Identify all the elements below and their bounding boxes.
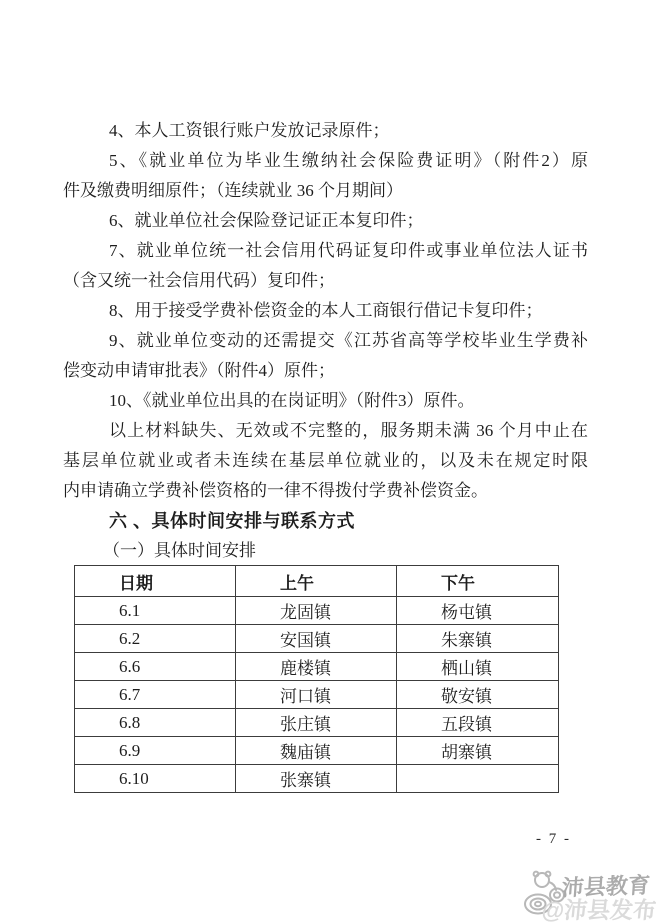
table-cell: 张庄镇 — [236, 709, 397, 737]
table-cell: 敬安镇 — [397, 681, 559, 709]
table-cell: 6.1 — [75, 597, 236, 625]
schedule-table-body: 6.1龙固镇杨屯镇6.2安国镇朱寨镇6.6鹿楼镇栖山镇6.7河口镇敬安镇6.8张… — [75, 597, 559, 793]
table-cell: 6.7 — [75, 681, 236, 709]
table-cell: 6.2 — [75, 625, 236, 653]
table-cell: 6.9 — [75, 737, 236, 765]
table-cell: 安国镇 — [236, 625, 397, 653]
document-body: 4、本人工资银行账户发放记录原件；5、《就业单位为毕业生缴纳社会保险费证明》（附… — [63, 116, 588, 566]
document-line: 7、就业单位统一社会信用代码证复印件或事业单位法人证书 — [63, 236, 588, 266]
document-page: 4、本人工资银行账户发放记录原件；5、《就业单位为毕业生缴纳社会保险费证明》（附… — [0, 0, 656, 924]
table-row: 6.8张庄镇五段镇 — [75, 709, 559, 737]
table-cell — [397, 765, 559, 793]
schedule-table-header-row: 日期上午下午 — [75, 566, 559, 597]
table-cell: 6.6 — [75, 653, 236, 681]
table-cell: 胡寨镇 — [397, 737, 559, 765]
document-line: 8、用于接受学费补偿资金的本人工商银行借记卡复印件； — [63, 296, 588, 326]
table-row: 6.1龙固镇杨屯镇 — [75, 597, 559, 625]
table-cell: 6.10 — [75, 765, 236, 793]
watermark-brand: 沛县教育 — [561, 868, 651, 902]
table-cell: 朱寨镇 — [397, 625, 559, 653]
document-line: （含又统一社会信用代码）复印件； — [63, 266, 588, 296]
table-cell: 五段镇 — [397, 709, 559, 737]
schedule-table: 日期上午下午 6.1龙固镇杨屯镇6.2安国镇朱寨镇6.6鹿楼镇栖山镇6.7河口镇… — [74, 565, 559, 793]
table-row: 6.9魏庙镇胡寨镇 — [75, 737, 559, 765]
watermark: @沛县发布 沛县教育 — [496, 860, 656, 924]
table-row: 6.7河口镇敬安镇 — [75, 681, 559, 709]
table-cell: 栖山镇 — [397, 653, 559, 681]
table-cell: 6.8 — [75, 709, 236, 737]
page-number: - 7 - — [536, 831, 571, 848]
table-cell: 张寨镇 — [236, 765, 397, 793]
document-line: （一）具体时间安排 — [63, 536, 588, 566]
table-row: 6.6鹿楼镇栖山镇 — [75, 653, 559, 681]
table-cell: 河口镇 — [236, 681, 397, 709]
column-header: 日期 — [75, 566, 236, 597]
column-header: 下午 — [397, 566, 559, 597]
table-row: 6.10张寨镇 — [75, 765, 559, 793]
document-line: 件及缴费明细原件；（连续就业 36 个月期间） — [63, 176, 588, 206]
table-cell: 鹿楼镇 — [236, 653, 397, 681]
column-header: 上午 — [236, 566, 397, 597]
table-cell: 杨屯镇 — [397, 597, 559, 625]
document-line: 六 、具体时间安排与联系方式 — [63, 506, 588, 536]
table-cell: 龙固镇 — [236, 597, 397, 625]
document-line: 5、《就业单位为毕业生缴纳社会保险费证明》（附件2）原 — [63, 146, 588, 176]
document-line: 4、本人工资银行账户发放记录原件； — [63, 116, 588, 146]
table-row: 6.2安国镇朱寨镇 — [75, 625, 559, 653]
table-cell: 魏庙镇 — [236, 737, 397, 765]
document-line: 以上材料缺失、无效或不完整的，服务期未满 36 个月中止在 — [63, 416, 588, 446]
document-line: 基层单位就业或者未连续在基层单位就业的，以及未在规定时限 — [63, 446, 588, 476]
document-line: 9、就业单位变动的还需提交《江苏省高等学校毕业生学费补 — [63, 326, 588, 356]
document-line: 内申请确立学费补偿资格的一律不得拨付学费补偿资金。 — [63, 476, 588, 506]
document-line: 6、就业单位社会保险登记证正本复印件； — [63, 206, 588, 236]
document-line: 偿变动申请审批表》（附件4）原件； — [63, 356, 588, 386]
document-line: 10、《就业单位出具的在岗证明》（附件3）原件。 — [63, 386, 588, 416]
